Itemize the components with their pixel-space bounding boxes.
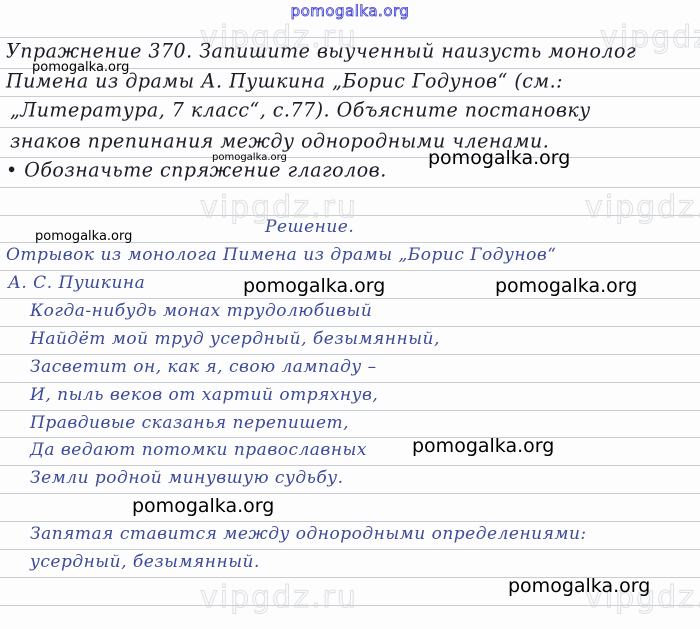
top-watermark: pomogalka.org — [0, 2, 700, 20]
ruled-line — [0, 521, 700, 522]
task-line: • Обозначьте спряжение глаголов. — [6, 158, 387, 181]
ruled-line — [0, 326, 700, 327]
notebook-page: vipgdz.ru vipgdz.ru vipgdz.ru vipgdz.ru … — [0, 0, 700, 629]
site-watermark: pomogalka.org — [412, 435, 554, 457]
ruled-line — [0, 96, 700, 97]
poem-line: Правдивые сказанья перепишет, — [30, 413, 349, 433]
explanation-line: Запятая ставится между однородными опред… — [30, 524, 587, 544]
ruled-line — [0, 465, 700, 466]
site-watermark: pomogalka.org — [428, 147, 570, 169]
ruled-line — [0, 354, 700, 355]
ruled-line — [0, 493, 700, 494]
poem-line: И, пыль веков от хартий отряхнув, — [30, 385, 378, 405]
site-watermark: pomogalka.org — [243, 275, 385, 297]
ghost-watermark: vipgdz.ru — [585, 190, 700, 225]
ruled-line — [0, 270, 700, 271]
poem-line: Найдёт мой труд усердный, безымянный, — [30, 329, 440, 349]
ghost-watermark: vipgdz.ru — [200, 580, 358, 615]
task-line: „Литература, 7 класс“, с.77). Объясните … — [10, 98, 591, 121]
ruled-line — [0, 549, 700, 550]
site-watermark: pomogalka.org — [132, 495, 274, 517]
poem-line: Да ведают потомки православных — [30, 440, 367, 460]
ruled-line — [0, 437, 700, 438]
poem-line: Земли родной минувшую судьбу. — [30, 468, 344, 488]
site-watermark: pomogalka.org — [32, 60, 129, 75]
ruled-line — [0, 382, 700, 383]
ruled-line — [0, 127, 700, 128]
solution-intro-line: А. С. Пушкина — [8, 273, 145, 293]
ruled-line — [0, 187, 700, 188]
solution-heading: Решение. — [265, 217, 354, 237]
ruled-line — [0, 298, 700, 299]
poem-line: Засветит он, как я, свою лампаду – — [30, 357, 377, 377]
site-watermark: pomogalka.org — [212, 152, 287, 163]
explanation-line: усердный, безымянный. — [30, 552, 260, 572]
solution-intro-line: Отрывок из монолога Пимена из драмы „Бор… — [6, 245, 556, 265]
poem-line: Когда-нибудь монах трудолюбивый — [30, 301, 372, 321]
site-watermark: pomogalka.org — [495, 275, 637, 297]
site-watermark: pomogalka.org — [508, 575, 650, 597]
ruled-line — [0, 410, 700, 411]
site-watermark: pomogalka.org — [35, 229, 132, 244]
